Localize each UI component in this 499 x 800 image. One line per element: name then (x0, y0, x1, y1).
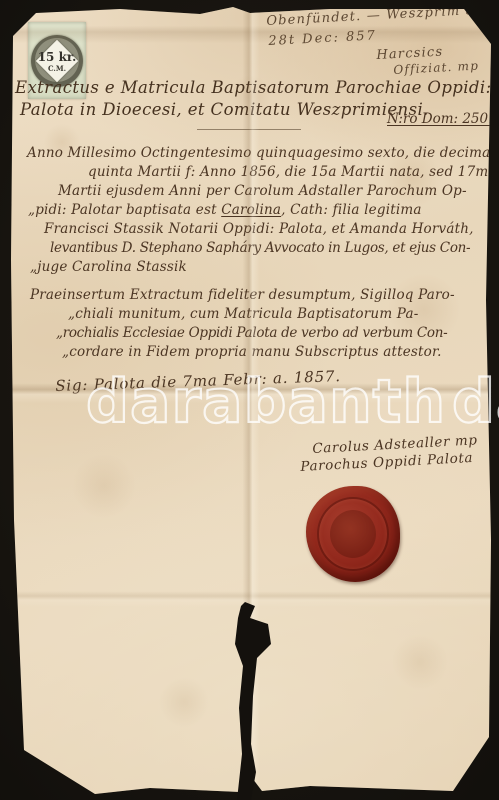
stamp-currency: C.M. (31, 64, 83, 73)
paragraph1-line-4-post: , Cath: filia legitima (281, 202, 421, 218)
dateline: Sig: Palota die 7ma Febr: a. 1857. (55, 367, 341, 395)
corner-note-line-2: 28t Dec: 857 (268, 28, 377, 49)
wax-seal-emblem (330, 510, 376, 558)
paragraph2-line-2: „chiali munitum, cum Matricula Baptisato… (68, 306, 419, 322)
corner-note-line-1: Obenfündet. — Weszprim am (266, 2, 488, 29)
paragraph1-line-7: „juge Carolina Stassik (30, 259, 187, 275)
wax-seal (306, 486, 400, 582)
divider-line (197, 129, 301, 130)
heading-line-2: Palota in Dioecesi, et Comitatu Weszprim… (20, 100, 429, 119)
document-number: N:ro Dom: 250. (387, 111, 492, 127)
paragraph1-line-4-pre: „pidi: Palotar baptisata est (28, 202, 221, 218)
paragraph1-line-4: „pidi: Palotar baptisata est Carolina, C… (28, 202, 422, 218)
paragraph1-line-5: Francisci Stassik Notarii Oppidi: Palota… (44, 221, 474, 237)
paragraph1-line-6: levantibus D. Stephano Sapháry Avvocato … (50, 240, 470, 256)
photo-background: 15 kr. C.M. Obenfündet. — Weszprim am 28… (0, 0, 499, 800)
heading-line-1: Extractus e Matricula Baptisatorum Paroc… (15, 78, 492, 97)
paragraph2-line-4: „cordare in Fidem propria manu Subscript… (62, 344, 442, 360)
paragraph1-line-3: Martii ejusdem Anni per Carolum Adstalle… (58, 183, 467, 199)
paragraph2-line-3: „rochialis Ecclesiae Oppidi Palota de ve… (56, 325, 447, 341)
baptized-name: Carolina (221, 202, 281, 218)
paragraph2-line-1: Praeinsertum Extractum fideliter desumpt… (30, 287, 455, 303)
stamp-value: 15 kr. (31, 50, 83, 64)
paragraph1-line-2: quinta Martii f: Anno 1856, die 15a Mart… (88, 164, 497, 180)
paragraph1-line-1: Anno Millesimo Octingentesimo quinquages… (27, 145, 490, 161)
